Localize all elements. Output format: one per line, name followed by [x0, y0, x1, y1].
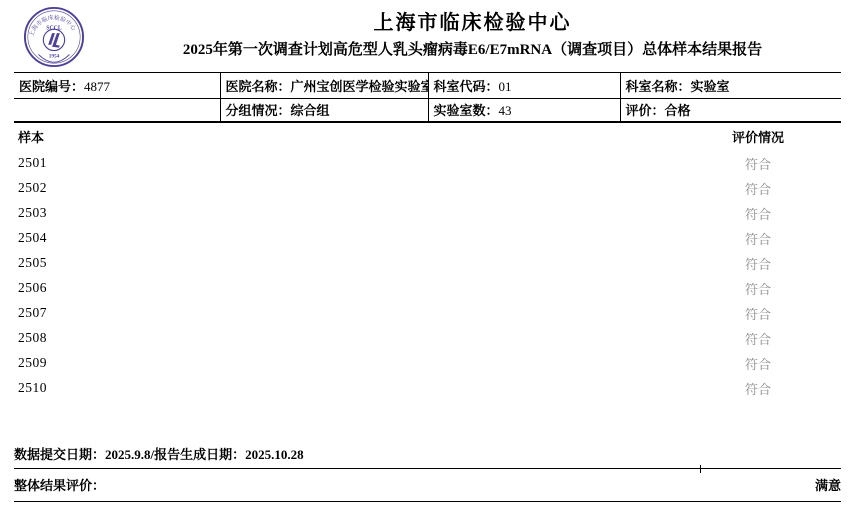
dept-code-label: 科室代码： — [434, 79, 499, 94]
column-header-sample: 样本 — [14, 127, 44, 146]
sample-result: 符合 — [698, 204, 818, 223]
eval-value: 合格 — [665, 103, 691, 118]
sample-id: 2507 — [14, 305, 47, 321]
sample-result: 符合 — [698, 179, 818, 198]
cell-dept-name: 科室名称：实验室 — [620, 73, 841, 99]
sample-id: 2505 — [14, 255, 47, 271]
overall-result-row: 整体结果评价： 满意 — [14, 468, 841, 502]
dept-name-value: 实验室 — [691, 79, 730, 94]
sample-result: 符合 — [698, 304, 818, 323]
sample-id: 2502 — [14, 180, 47, 196]
cell-empty — [14, 99, 220, 122]
sample-result: 符合 — [698, 329, 818, 348]
cell-hospital-name: 医院名称：广州宝创医学检验实验室 — [220, 73, 428, 99]
sample-result: 符合 — [698, 354, 818, 373]
sample-result: 符合 — [698, 379, 818, 398]
sample-row: 2502 符合 — [14, 176, 841, 201]
cell-eval: 评价：合格 — [620, 99, 841, 122]
sample-id: 2504 — [14, 230, 47, 246]
report-page: 上海市临床检验中心 SCCL 1954 上海市临床检验中心 2025年第一次调查… — [0, 0, 855, 515]
sample-id: 2501 — [14, 155, 47, 171]
sample-result: 符合 — [698, 229, 818, 248]
sample-row: 2509 符合 — [14, 351, 841, 376]
hospital-name-label: 医院名称： — [226, 79, 291, 94]
cell-group: 分组情况：综合组 — [220, 99, 428, 122]
group-value: 综合组 — [291, 103, 330, 118]
cell-dept-code: 科室代码：01 — [428, 73, 620, 99]
group-label: 分组情况： — [226, 103, 291, 118]
sample-row: 2508 符合 — [14, 326, 841, 351]
sample-id: 2506 — [14, 280, 47, 296]
hospital-id-label: 医院编号： — [19, 79, 84, 94]
organization-name: 上海市临床检验中心 — [90, 11, 855, 35]
lab-count-value: 43 — [499, 103, 512, 118]
sample-row: 2504 符合 — [14, 226, 841, 251]
samples-section: 样本 评价情况 2501 符合 2502 符合 2503 符合 2504 符合 … — [14, 123, 841, 401]
sccl-seal-logo: 上海市临床检验中心 SCCL 1954 — [22, 6, 86, 68]
overall-result-value: 满意 — [815, 475, 841, 494]
lab-count-label: 实验室数： — [434, 103, 499, 118]
sample-row: 2507 符合 — [14, 301, 841, 326]
sample-result: 符合 — [698, 154, 818, 173]
eval-label: 评价： — [626, 103, 665, 118]
dept-name-label: 科室名称： — [626, 79, 691, 94]
logo-year-text: 1954 — [49, 53, 60, 59]
sample-list: 2501 符合 2502 符合 2503 符合 2504 符合 2505 符合 … — [14, 151, 841, 401]
cell-lab-count: 实验室数：43 — [428, 99, 620, 122]
overall-column-divider-tick — [700, 465, 701, 473]
overall-result-label: 整体结果评价： — [14, 475, 105, 494]
sample-row: 2501 符合 — [14, 151, 841, 176]
dates-line: 数据提交日期：2025.9.8/报告生成日期：2025.10.28 — [14, 445, 841, 465]
hospital-info-table: 医院编号：4877 医院名称：广州宝创医学检验实验室 科室代码：01 科室名称：… — [14, 72, 841, 123]
sample-id: 2509 — [14, 355, 47, 371]
hospital-id-value: 4877 — [84, 79, 110, 94]
title-block: 上海市临床检验中心 2025年第一次调查计划高危型人乳头瘤病毒E6/E7mRNA… — [90, 0, 855, 60]
sample-result: 符合 — [698, 254, 818, 273]
samples-header-row: 样本 评价情况 — [14, 123, 841, 151]
report-header: 上海市临床检验中心 SCCL 1954 上海市临床检验中心 2025年第一次调查… — [0, 0, 855, 72]
report-title: 2025年第一次调查计划高危型人乳头瘤病毒E6/E7mRNA（调查项目）总体样本… — [90, 41, 855, 60]
sample-result: 符合 — [698, 279, 818, 298]
sample-id: 2510 — [14, 380, 47, 396]
sample-row: 2506 符合 — [14, 276, 841, 301]
sample-row: 2503 符合 — [14, 201, 841, 226]
sample-id: 2508 — [14, 330, 47, 346]
sample-row: 2505 符合 — [14, 251, 841, 276]
hospital-name-value: 广州宝创医学检验实验室 — [291, 79, 428, 94]
column-header-result: 评价情况 — [698, 127, 818, 146]
dept-code-value: 01 — [499, 79, 512, 94]
cell-hospital-id: 医院编号：4877 — [14, 73, 220, 99]
sample-id: 2503 — [14, 205, 47, 221]
sample-row: 2510 符合 — [14, 376, 841, 401]
